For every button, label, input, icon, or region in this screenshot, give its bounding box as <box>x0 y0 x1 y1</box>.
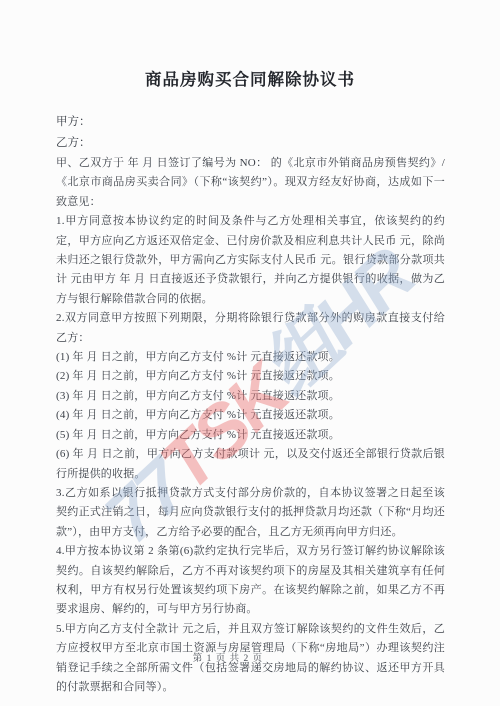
clause-2: 2.双方同意甲方按照下列期限，分期将除银行贷款部分外的购房款直接支付给乙方： <box>56 309 445 348</box>
clause-2-item-2: (2) 年 月 日之前，甲方向乙方支付 %计 元直接返还款项。 <box>56 367 445 386</box>
clause-2-item-1: (1) 年 月 日之前，甲方向乙方支付 %计 元直接返还款项。 <box>56 348 445 367</box>
preamble-paragraph: 甲、乙双方于 年 月 日签订了编号为 NO： 的《北京市外销商品房预售契约》/《… <box>56 154 445 212</box>
party-b-line: 乙方： <box>56 133 445 154</box>
party-a-line: 甲方： <box>56 112 445 133</box>
clause-2-item-5: (5) 年 月 日之前，甲方向乙方支付 %计 元直接返还款项。 <box>56 426 445 445</box>
clause-3: 3.乙方如系以银行抵押贷款方式支付部分房价款的，自本协议签署之日起至该契约正式注… <box>56 484 445 542</box>
clause-2-item-4: (4) 年 月 日之前，甲方向乙方支付 %计 元直接返还款项。 <box>56 406 445 425</box>
clause-4: 4.甲方按本协议第 2 条第(6)款约定执行完毕后，双方另行签订解约协议解除该契… <box>56 542 445 620</box>
clause-1: 1.甲方同意按本协议约定的时间及条件与乙方处理相关事宜，依该契约的约定，甲方应向… <box>56 212 445 309</box>
clause-2-item-3: (3) 年 月 日之前，甲方向乙方支付 %计 元直接返还款项。 <box>56 387 445 406</box>
document-title: 商品房购买合同解除协议书 <box>0 0 500 90</box>
page-number-footer: 第 1 页 共 2 页 <box>193 650 263 664</box>
clause-2-item-6: (6) 年 月 日之前，甲方向乙方支付款项计 元，以及交付返还全部银行贷款后银行… <box>56 445 445 484</box>
document-body: 甲方： 乙方： 甲、乙双方于 年 月 日签订了编号为 NO： 的《北京市外销商品… <box>56 112 445 697</box>
contract-document-page: 77TSK组HR 商品房购买合同解除协议书 甲方： 乙方： 甲、乙双方于 年 月… <box>0 0 500 706</box>
